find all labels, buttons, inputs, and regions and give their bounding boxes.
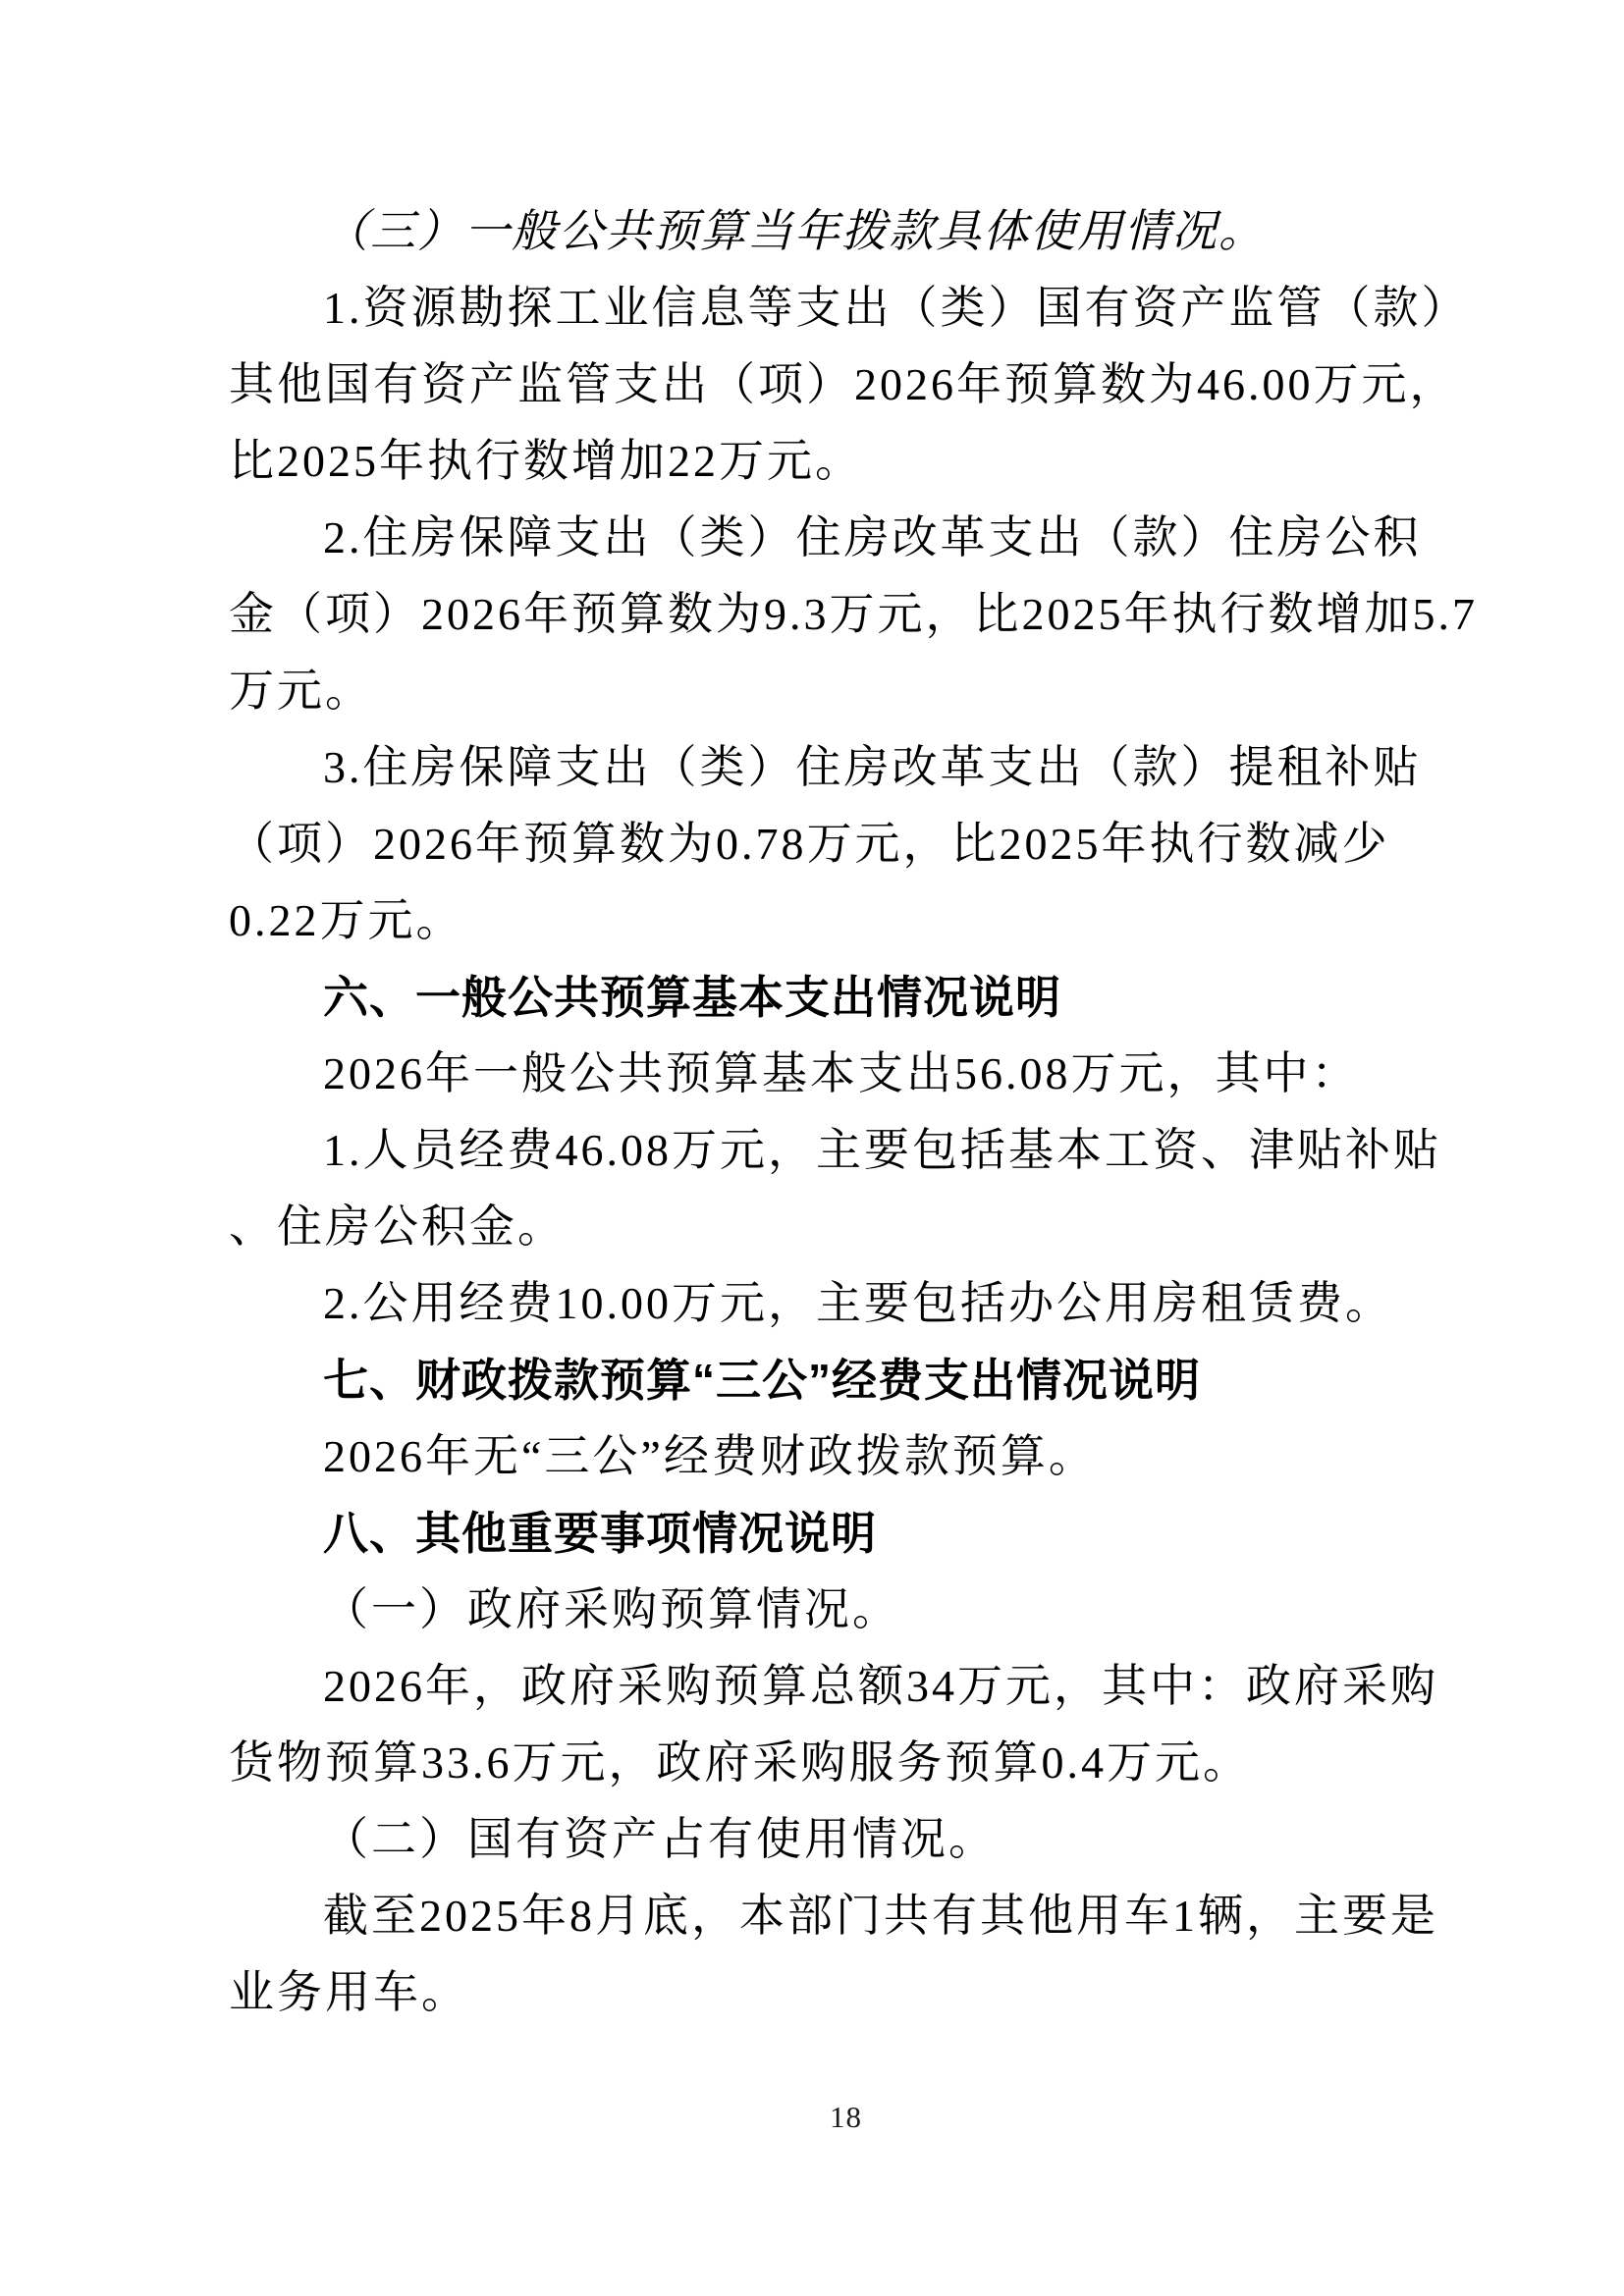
text-line: （三）一般公共预算当年拨款具体使用情况。	[323, 203, 1266, 260]
text-line: 万元。	[229, 663, 373, 720]
text-line: 2026年，政府采购预算总额34万元，其中：政府采购	[323, 1658, 1438, 1715]
text-line: （项）2026年预算数为0.78万元，比2025年执行数减少	[229, 816, 1390, 873]
text-line: 比2025年执行数增加22万元。	[229, 433, 863, 490]
text-line: 2026年无“三公”经费财政拨款预算。	[323, 1428, 1097, 1485]
text-line: 七、财政拨款预算“三公”经费支出情况说明	[323, 1352, 1201, 1409]
text-line: 2026年一般公共预算基本支出56.08万元，其中：	[323, 1045, 1360, 1102]
text-line: 2.公用经费10.00万元，主要包括办公用房租赁费。	[323, 1275, 1393, 1332]
text-line: 1.人员经费46.08万元，主要包括基本工资、津贴补贴	[323, 1122, 1441, 1179]
page-number: 18	[229, 2097, 1463, 2138]
text-line: 八、其他重要事项情况说明	[323, 1505, 877, 1562]
text-line: 、住房公积金。	[229, 1199, 566, 1255]
text-line: （二）国有资产占有使用情况。	[323, 1811, 997, 1868]
text-line: （一）政府采购预算情况。	[323, 1581, 900, 1638]
text-line: 业务用车。	[229, 1964, 469, 2021]
text-line: 1.资源勘探工业信息等支出（类）国有资产监管（款）	[323, 280, 1470, 337]
document-body: （三）一般公共预算当年拨款具体使用情况。1.资源勘探工业信息等支出（类）国有资产…	[0, 0, 1624, 2296]
text-line: 3.住房保障支出（类）住房改革支出（款）提租补贴	[323, 739, 1422, 796]
text-line: 六、一般公共预算基本支出情况说明	[323, 969, 1061, 1026]
text-line: 其他国有资产监管支出（项）2026年预算数为46.00万元，	[229, 356, 1458, 413]
document-page: （三）一般公共预算当年拨款具体使用情况。1.资源勘探工业信息等支出（类）国有资产…	[0, 0, 1624, 2296]
text-line: 2.住房保障支出（类）住房改革支出（款）住房公积	[323, 509, 1422, 566]
text-line: 截至2025年8月底，本部门共有其他用车1辆，主要是	[323, 1888, 1438, 1945]
text-line: 0.22万元。	[229, 892, 464, 949]
text-line: 金（项）2026年预算数为9.3万元，比2025年执行数增加5.7	[229, 586, 1478, 643]
text-line: 货物预算33.6万元，政府采购服务预算0.4万元。	[229, 1735, 1251, 1791]
